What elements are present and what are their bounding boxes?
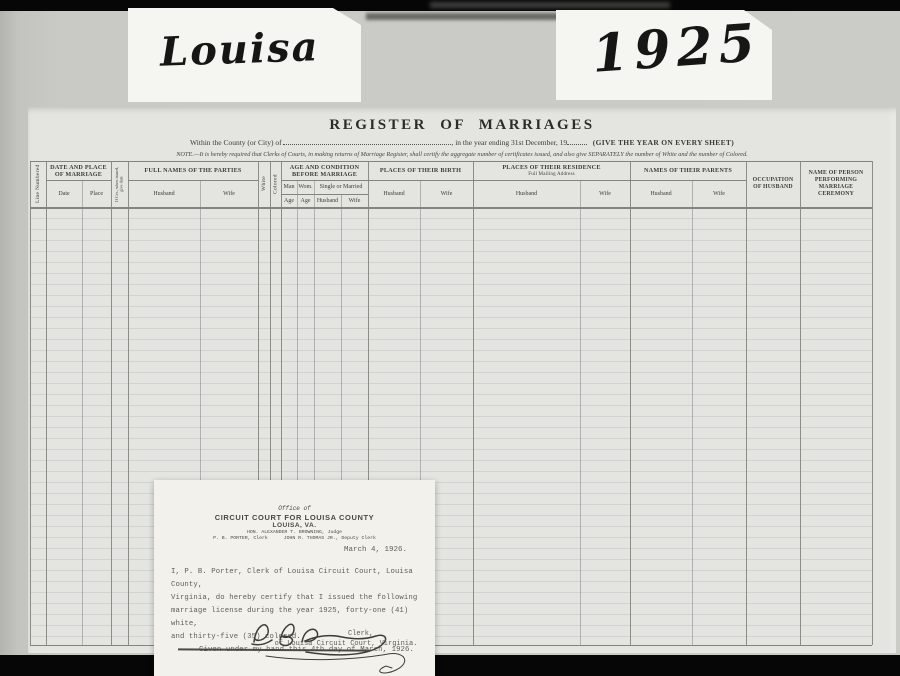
table-rule-line: [872, 161, 873, 645]
col-parents-wife: Wife: [692, 180, 746, 207]
table-rule-line: [30, 207, 872, 209]
scanned-document: Louisa 1925 REGISTER OF MARRIAGES Within…: [0, 0, 900, 676]
table-rule-line: [630, 161, 631, 645]
col-wom-age: Age: [297, 194, 314, 207]
col-place: Place: [82, 180, 111, 207]
group-age-condition: AGE AND CONDITION BEFORE MARRIAGE: [281, 162, 368, 180]
residence-subtitle: Full Mailing Address: [528, 172, 575, 178]
table-rule-line: [128, 161, 129, 645]
page-note: NOTE.—It is hereby required that Clerks …: [28, 151, 896, 158]
table-rule-line: [473, 180, 630, 181]
table-rule-line: [46, 180, 111, 181]
scan-artifact: [430, 2, 670, 8]
col-line-numbered: Line Numbered: [30, 161, 46, 207]
col-names-wife: Wife: [200, 180, 258, 207]
cert-signature-title: Clerk,: [348, 630, 373, 638]
table-rule-line: [746, 161, 747, 645]
cert-body-line: I, P. B. Porter, Clerk of Louisa Circuit…: [171, 566, 421, 592]
group-parents: NAMES OF THEIR PARENTS: [630, 162, 746, 180]
subtitle-directive: (GIVE THE YEAR ON EVERY SHEET): [593, 138, 734, 147]
table-rule-line: [692, 180, 693, 645]
cert-signature-line2: of Louisa Circuit Court, Virginia.: [266, 640, 426, 648]
col-occupation: OCCUPATION OF HUSBAND: [746, 161, 800, 207]
cert-date: March 4, 1926.: [344, 546, 407, 554]
cert-clerks-line: P. B. PORTER, Clerk JOHN R. THOMAS JR., …: [154, 536, 435, 541]
col-colored: Colored: [270, 161, 281, 207]
county-label-card: Louisa: [128, 8, 361, 102]
col-residence-husband: Husband: [473, 180, 580, 207]
subtitle-middle: , in the year ending 31st December, 19: [451, 138, 567, 147]
group-residence: PLACES OF THEIR RESIDENCE Full Mailing A…: [473, 162, 630, 180]
col-birth-wife: Wife: [420, 180, 473, 207]
residence-title: PLACES OF THEIR RESIDENCE: [502, 164, 600, 171]
col-parents-husband: Husband: [630, 180, 692, 207]
group-birth-places: PLACES OF THEIR BIRTH: [368, 162, 473, 180]
table-rule-line: [580, 180, 581, 645]
col-single-married: Single or Married: [314, 180, 368, 194]
scan-artifact: [366, 13, 562, 20]
col-man: Man: [281, 180, 297, 194]
table-rule-line: [800, 161, 801, 645]
col-names-husband: Husband: [128, 180, 200, 207]
cert-body-line: Virginia, do hereby certify that I issue…: [171, 592, 421, 605]
cert-city-line: LOUISA, VA.: [154, 522, 435, 529]
table-rule-line: [281, 194, 368, 195]
year-blank-line: [567, 139, 587, 145]
col-sm-wife: Wife: [341, 194, 368, 207]
table-rule-line: [473, 161, 474, 645]
year-label-card: 1925: [556, 10, 772, 100]
col-date: Date: [46, 180, 82, 207]
clerk-certificate: Office of CIRCUIT COURT FOR LOUISA COUNT…: [154, 480, 435, 676]
cert-office-line: Office of: [154, 505, 435, 512]
col-birth-husband: Husband: [368, 180, 420, 207]
col-performer: NAME OF PERSON PERFORMING MARRIAGE CEREM…: [800, 161, 872, 207]
cert-judge-line: HON. ALEXANDER T. BROWNING, Judge: [154, 530, 435, 535]
col-wom: Wom.: [297, 180, 314, 194]
col-sm-husband: Husband: [314, 194, 341, 207]
year-handwritten-label: 1925: [590, 12, 763, 85]
col-white: White: [258, 161, 270, 207]
table-rule-line: [630, 180, 746, 181]
group-date-place: DATE AND PLACE OF MARRIAGE: [46, 162, 111, 180]
register-page: REGISTER OF MARRIAGES Within the County …: [28, 107, 896, 653]
group-full-names: FULL NAMES OF THE PARTIES: [128, 162, 258, 180]
col-man-age: Age: [281, 194, 297, 207]
table-rule-line: [111, 161, 112, 645]
col-residence-wife: Wife: [580, 180, 630, 207]
table-rule-line: [128, 180, 258, 181]
cert-court-line: CIRCUIT COURT FOR LOUISA COUNTY: [154, 513, 435, 522]
table-rule-line: [82, 180, 83, 645]
table-rule-line: [368, 180, 473, 181]
cert-clerk-name: P. B. PORTER, Clerk: [213, 536, 268, 541]
table-rule-line: [281, 180, 368, 181]
table-rule-line: [30, 161, 31, 645]
col-certificate-date: If Cer., when issued, give date: [113, 166, 126, 202]
county-handwritten-label: Louisa: [159, 23, 320, 76]
page-title: REGISTER OF MARRIAGES: [28, 117, 896, 134]
table-rule-line: [30, 161, 872, 162]
county-blank-line: [283, 139, 451, 145]
cert-deputy-name: JOHN R. THOMAS JR., Deputy Clerk: [284, 536, 376, 541]
table-rule-line: [46, 161, 47, 645]
page-subtitle: Within the County (or City) of , in the …: [28, 138, 896, 147]
subtitle-prefix: Within the County (or City) of: [190, 138, 282, 147]
